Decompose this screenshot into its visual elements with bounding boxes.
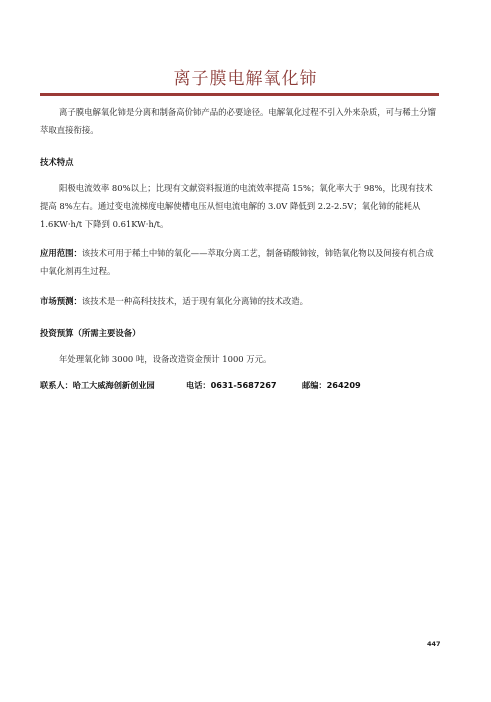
page-number: 447 [427, 640, 441, 648]
application-text: 该技术可用于稀土中铈的氧化——萃取分离工艺，制备硝酸铈铵，铈锆氧化物以及间接有机… [40, 248, 434, 276]
investment-paragraph: 年处理氧化铈 3000 吨，设备改造资金预计 1000 万元。 [40, 350, 440, 368]
page-title: 离子膜电解氧化铈 [0, 69, 491, 89]
title-divider [40, 93, 439, 96]
section-heading-tech-features: 技术特点 [40, 156, 74, 168]
contact-postcode: 邮编：264209 [302, 380, 361, 391]
market-text: 该技术是一种高科技技术，适于现有氧化分离铈的技术改造。 [82, 296, 308, 306]
document-page: 离子膜电解氧化铈 离子膜电解氧化铈是分离和制备高价铈产品的必要途径。电解氧化过程… [0, 0, 491, 702]
market-paragraph: 市场预测：该技术是一种高科技技术，适于现有氧化分离铈的技术改造。 [40, 292, 440, 310]
contact-line: 联系人：哈工大威海创新创业园电话：0631-5687267邮编：264209 [40, 380, 361, 391]
contact-phone: 电话：0631-5687267 [186, 380, 302, 391]
application-paragraph: 应用范围：该技术可用于稀土中铈的氧化——萃取分离工艺，制备硝酸铈铵，铈锆氧化物以… [40, 244, 440, 280]
contact-person: 联系人：哈工大威海创新创业园 [40, 380, 186, 391]
section-heading-investment: 投资预算（所需主要设备） [40, 327, 141, 339]
intro-paragraph: 离子膜电解氧化铈是分离和制备高价铈产品的必要途径。电解氧化过程不引入外来杂质，可… [40, 103, 440, 139]
section-heading-market: 市场预测： [40, 296, 82, 306]
tech-features-paragraph: 阳极电流效率 80%以上；比现有文献资料报道的电流效率提高 15%；氧化率大于 … [40, 179, 440, 233]
section-heading-application: 应用范围： [40, 248, 82, 258]
